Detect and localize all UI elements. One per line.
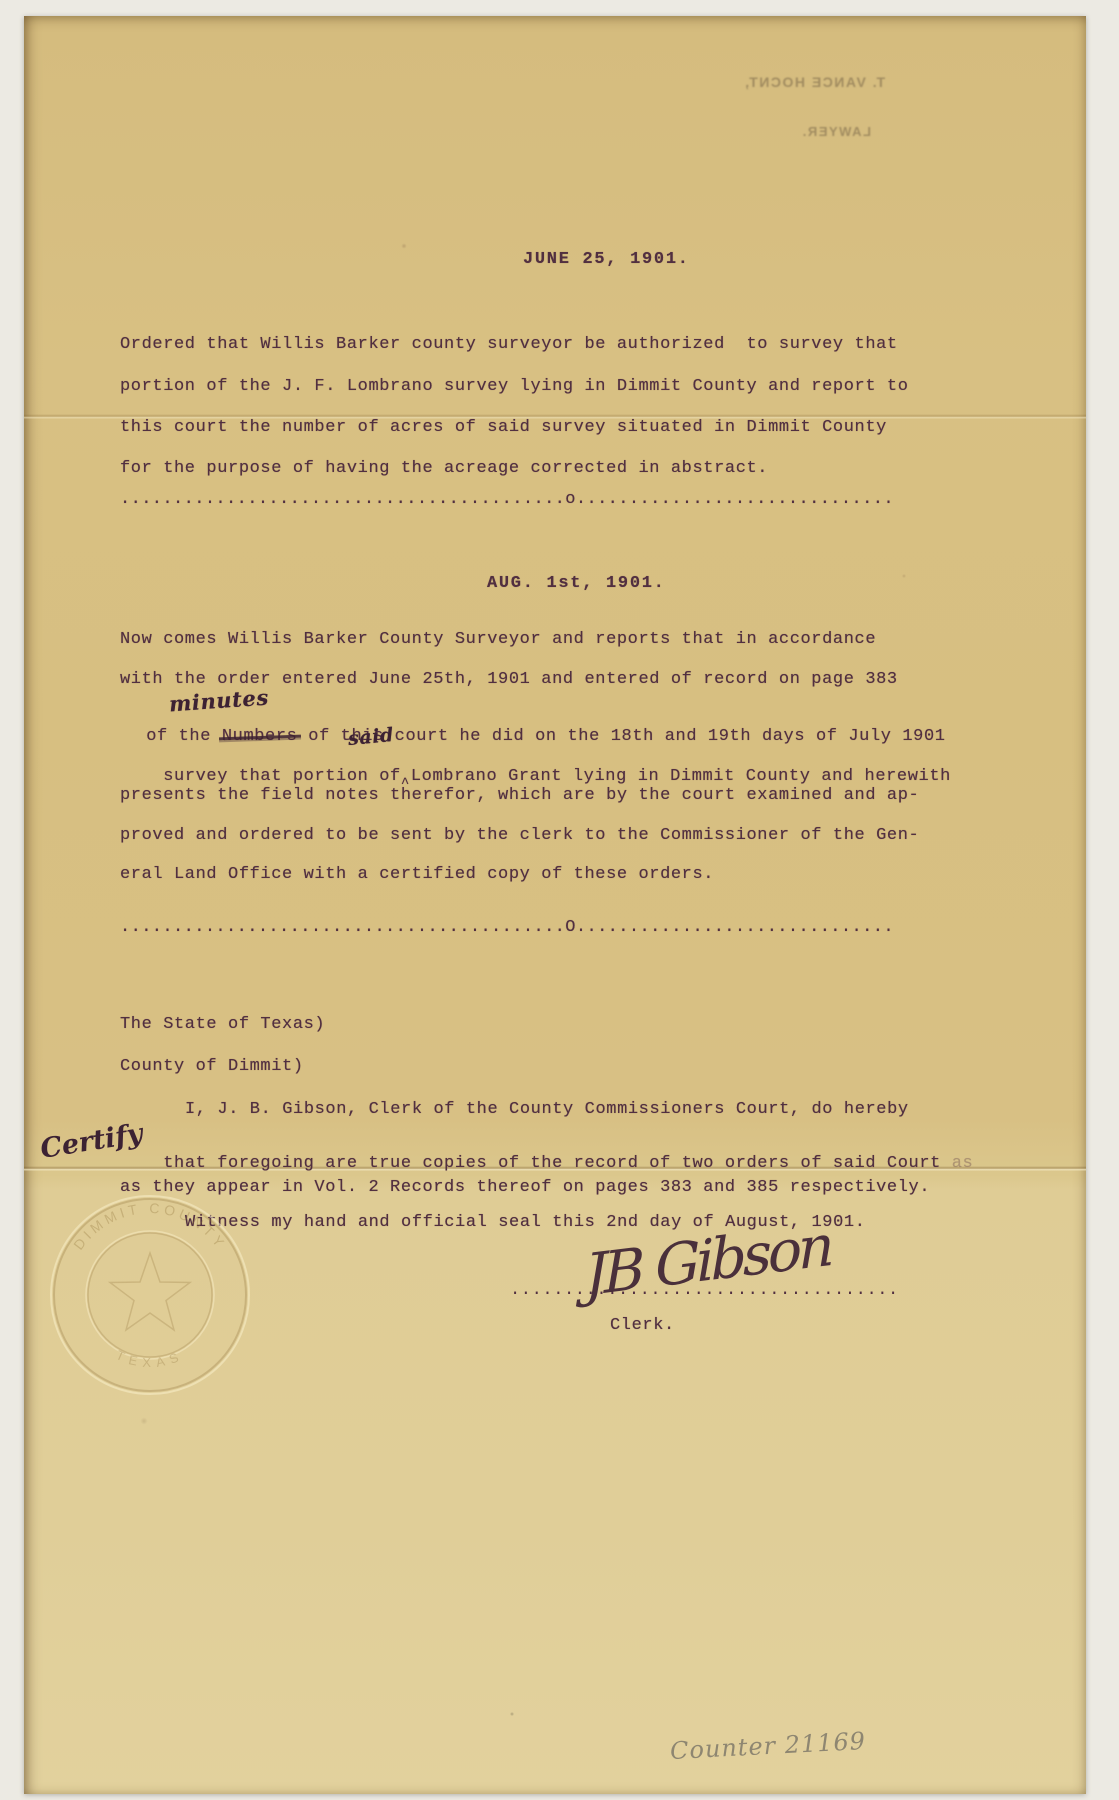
seal-graphic: DIMMIT COUNTY TEXAS bbox=[45, 1190, 255, 1400]
dotted-separator: ........................................… bbox=[120, 490, 894, 509]
clerk-title: Clerk. bbox=[610, 1316, 675, 1335]
line-segment: survey that portion of bbox=[163, 767, 401, 786]
certification-county-line: County of Dimmit) bbox=[120, 1057, 304, 1076]
dotted-separator: ........................................… bbox=[120, 918, 894, 937]
embossed-county-seal: DIMMIT COUNTY TEXAS bbox=[45, 1190, 255, 1400]
certification-state-line: The State of Texas) bbox=[120, 1015, 325, 1034]
line-segment: that foregoing are true copies of the re… bbox=[163, 1154, 941, 1173]
order-aug-date-heading: AUG. 1st, 1901. bbox=[487, 574, 666, 593]
order-aug-line: proved and ordered to be sent by the cle… bbox=[120, 826, 919, 845]
order-aug-line: eral Land Office with a certified copy o… bbox=[120, 865, 714, 884]
order-june-date-heading: JUNE 25, 1901. bbox=[523, 250, 690, 269]
handwritten-insert-minutes: minutes bbox=[168, 685, 269, 717]
bleed-line-1: T. VANCE HOCNT, bbox=[712, 74, 917, 90]
order-june-line: for the purpose of having the acreage co… bbox=[120, 459, 768, 478]
order-june-line: this court the number of acres of said s… bbox=[120, 418, 887, 437]
order-june-line: Ordered that Willis Barker county survey… bbox=[120, 335, 898, 354]
ink-bleed-through-text: T. VANCE HOCNT, LAWYER. bbox=[712, 42, 917, 171]
order-aug-line: Now comes Willis Barker County Surveyor … bbox=[120, 630, 876, 649]
order-aug-line: presents the field notes therefor, which… bbox=[120, 786, 919, 805]
order-june-line: portion of the J. F. Lombrano survey lyi… bbox=[120, 377, 909, 396]
document-page: T. VANCE HOCNT, LAWYER. JUNE 25, 1901. O… bbox=[24, 16, 1086, 1794]
svg-text:DIMMIT COUNTY: DIMMIT COUNTY bbox=[70, 1200, 230, 1253]
certification-line: I, J. B. Gibson, Clerk of the County Com… bbox=[185, 1100, 909, 1119]
seal-arc-bottom-text: TEXAS bbox=[114, 1347, 186, 1370]
seal-star bbox=[110, 1253, 190, 1330]
faded-word: as bbox=[941, 1154, 973, 1173]
struck-out-word: Numbers bbox=[222, 727, 298, 746]
handwritten-insert-said: said bbox=[347, 724, 395, 750]
line-segment: Lombrano Grant lying in Dimmit County an… bbox=[411, 767, 951, 786]
svg-text:TEXAS: TEXAS bbox=[114, 1347, 186, 1370]
line-segment: of the bbox=[146, 727, 222, 746]
seal-arc-top-text: DIMMIT COUNTY bbox=[70, 1200, 230, 1253]
bleed-line-2: LAWYER. bbox=[712, 124, 917, 139]
pencil-counter-note: Counter 21169 bbox=[669, 1727, 866, 1765]
